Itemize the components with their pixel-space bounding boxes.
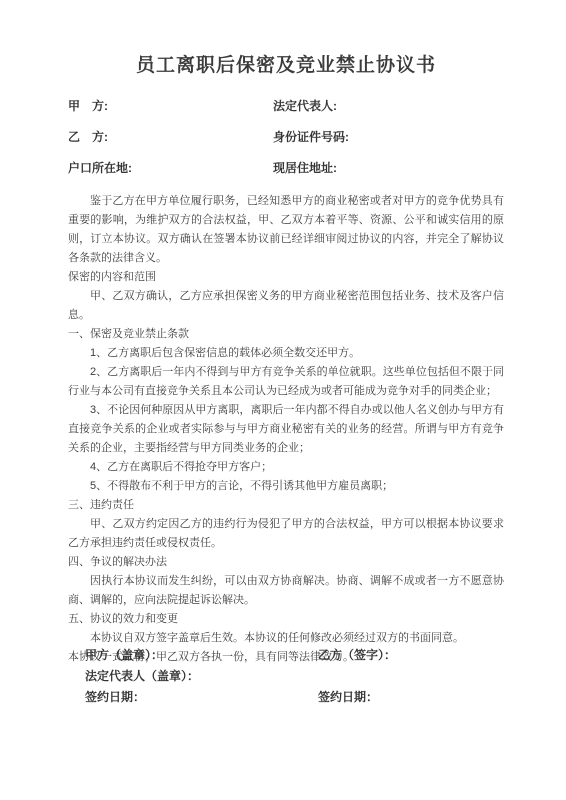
signature-row-2-spacer	[318, 666, 504, 687]
legal-rep-seal-label: 法定代表人（盖章）：	[85, 666, 318, 687]
clause-3: 3、不论因何种原因从甲方离职，离职后一年内都不得自办或以他人名义创办与甲方有直接…	[68, 401, 504, 458]
household-location-label: 户口所在地:	[68, 159, 273, 178]
document-page: 员工离职后保密及竞业禁止协议书 甲 方: 法定代表人: 乙 方: 身份证件号码:…	[0, 0, 566, 800]
heading-confidentiality-scope: 保密的内容和范围	[68, 268, 504, 287]
party-b-date-label: 签约日期：	[318, 687, 504, 708]
party-a-label: 甲 方:	[68, 97, 273, 116]
para-breach-liability: 甲、乙双方约定因乙方的违约行为侵犯了甲方的合法权益，甲方可以根据本协议要求乙方承…	[68, 515, 504, 553]
party-b-label: 乙 方:	[68, 128, 273, 147]
para-confidentiality-scope: 甲、乙双方确认，乙方应承担保密义务的甲方商业秘密范围包括业务、技术及客户信息。	[68, 287, 504, 325]
party-b-signature-label: 乙方（签字）：	[318, 645, 504, 666]
clause-4: 4、乙方在离职后不得抢夺甲方客户；	[68, 458, 504, 477]
para-dispute-resolution: 因执行本协议而发生纠纷，可以由双方协商解决。协商、调解不成或者一方不愿意协商、调…	[68, 572, 504, 610]
heading-section-4-dispute-resolution: 四、争议的解决办法	[68, 553, 504, 572]
heading-section-1-non-compete: 一、保密及竞业禁止条款	[68, 325, 504, 344]
field-row-2: 乙 方: 身份证件号码:	[68, 128, 504, 147]
heading-section-3-breach-liability: 三、违约责任	[68, 496, 504, 515]
field-row-1: 甲 方: 法定代表人:	[68, 97, 504, 116]
agreement-body: 鉴于乙方在甲方单位履行职务，已经知悉甲方的商业秘密或者对甲方的竞争优势具有重要的…	[68, 192, 504, 667]
legal-representative-label: 法定代表人:	[273, 97, 504, 116]
document-title: 员工离职后保密及竞业禁止协议书	[68, 50, 504, 77]
party-a-date-label: 签约日期：	[85, 687, 318, 708]
signature-row-2: 法定代表人（盖章）：	[85, 666, 504, 687]
intro-paragraph: 鉴于乙方在甲方单位履行职务，已经知悉甲方的商业秘密或者对甲方的竞争优势具有重要的…	[68, 192, 504, 268]
clause-2: 2、乙方离职后一年内不得到与甲方有竞争关系的单位就职。这些单位包括但不限于同行业…	[68, 363, 504, 401]
current-address-label: 现居住地址:	[273, 159, 504, 178]
id-number-label: 身份证件号码:	[273, 128, 504, 147]
party-a-seal-label: 甲方（盖章）：	[85, 645, 318, 666]
clause-5: 5、不得散布不利于甲方的言论，不得引诱其他甲方雇员离职；	[68, 477, 504, 496]
heading-section-5-effect-amendment: 五、协议的效力和变更	[68, 610, 504, 629]
signature-row-3: 签约日期： 签约日期：	[85, 687, 504, 708]
field-row-3: 户口所在地: 现居住地址:	[68, 159, 504, 178]
signature-row-1: 甲方（盖章）： 乙方（签字）：	[85, 645, 504, 666]
signature-block: 甲方（盖章）： 乙方（签字）： 法定代表人（盖章）： 签约日期： 签约日期：	[85, 645, 504, 708]
clause-1: 1、乙方离职后包含保密信息的载体必须全数交还甲方。	[68, 344, 504, 363]
party-fields: 甲 方: 法定代表人: 乙 方: 身份证件号码: 户口所在地: 现居住地址:	[68, 97, 504, 178]
